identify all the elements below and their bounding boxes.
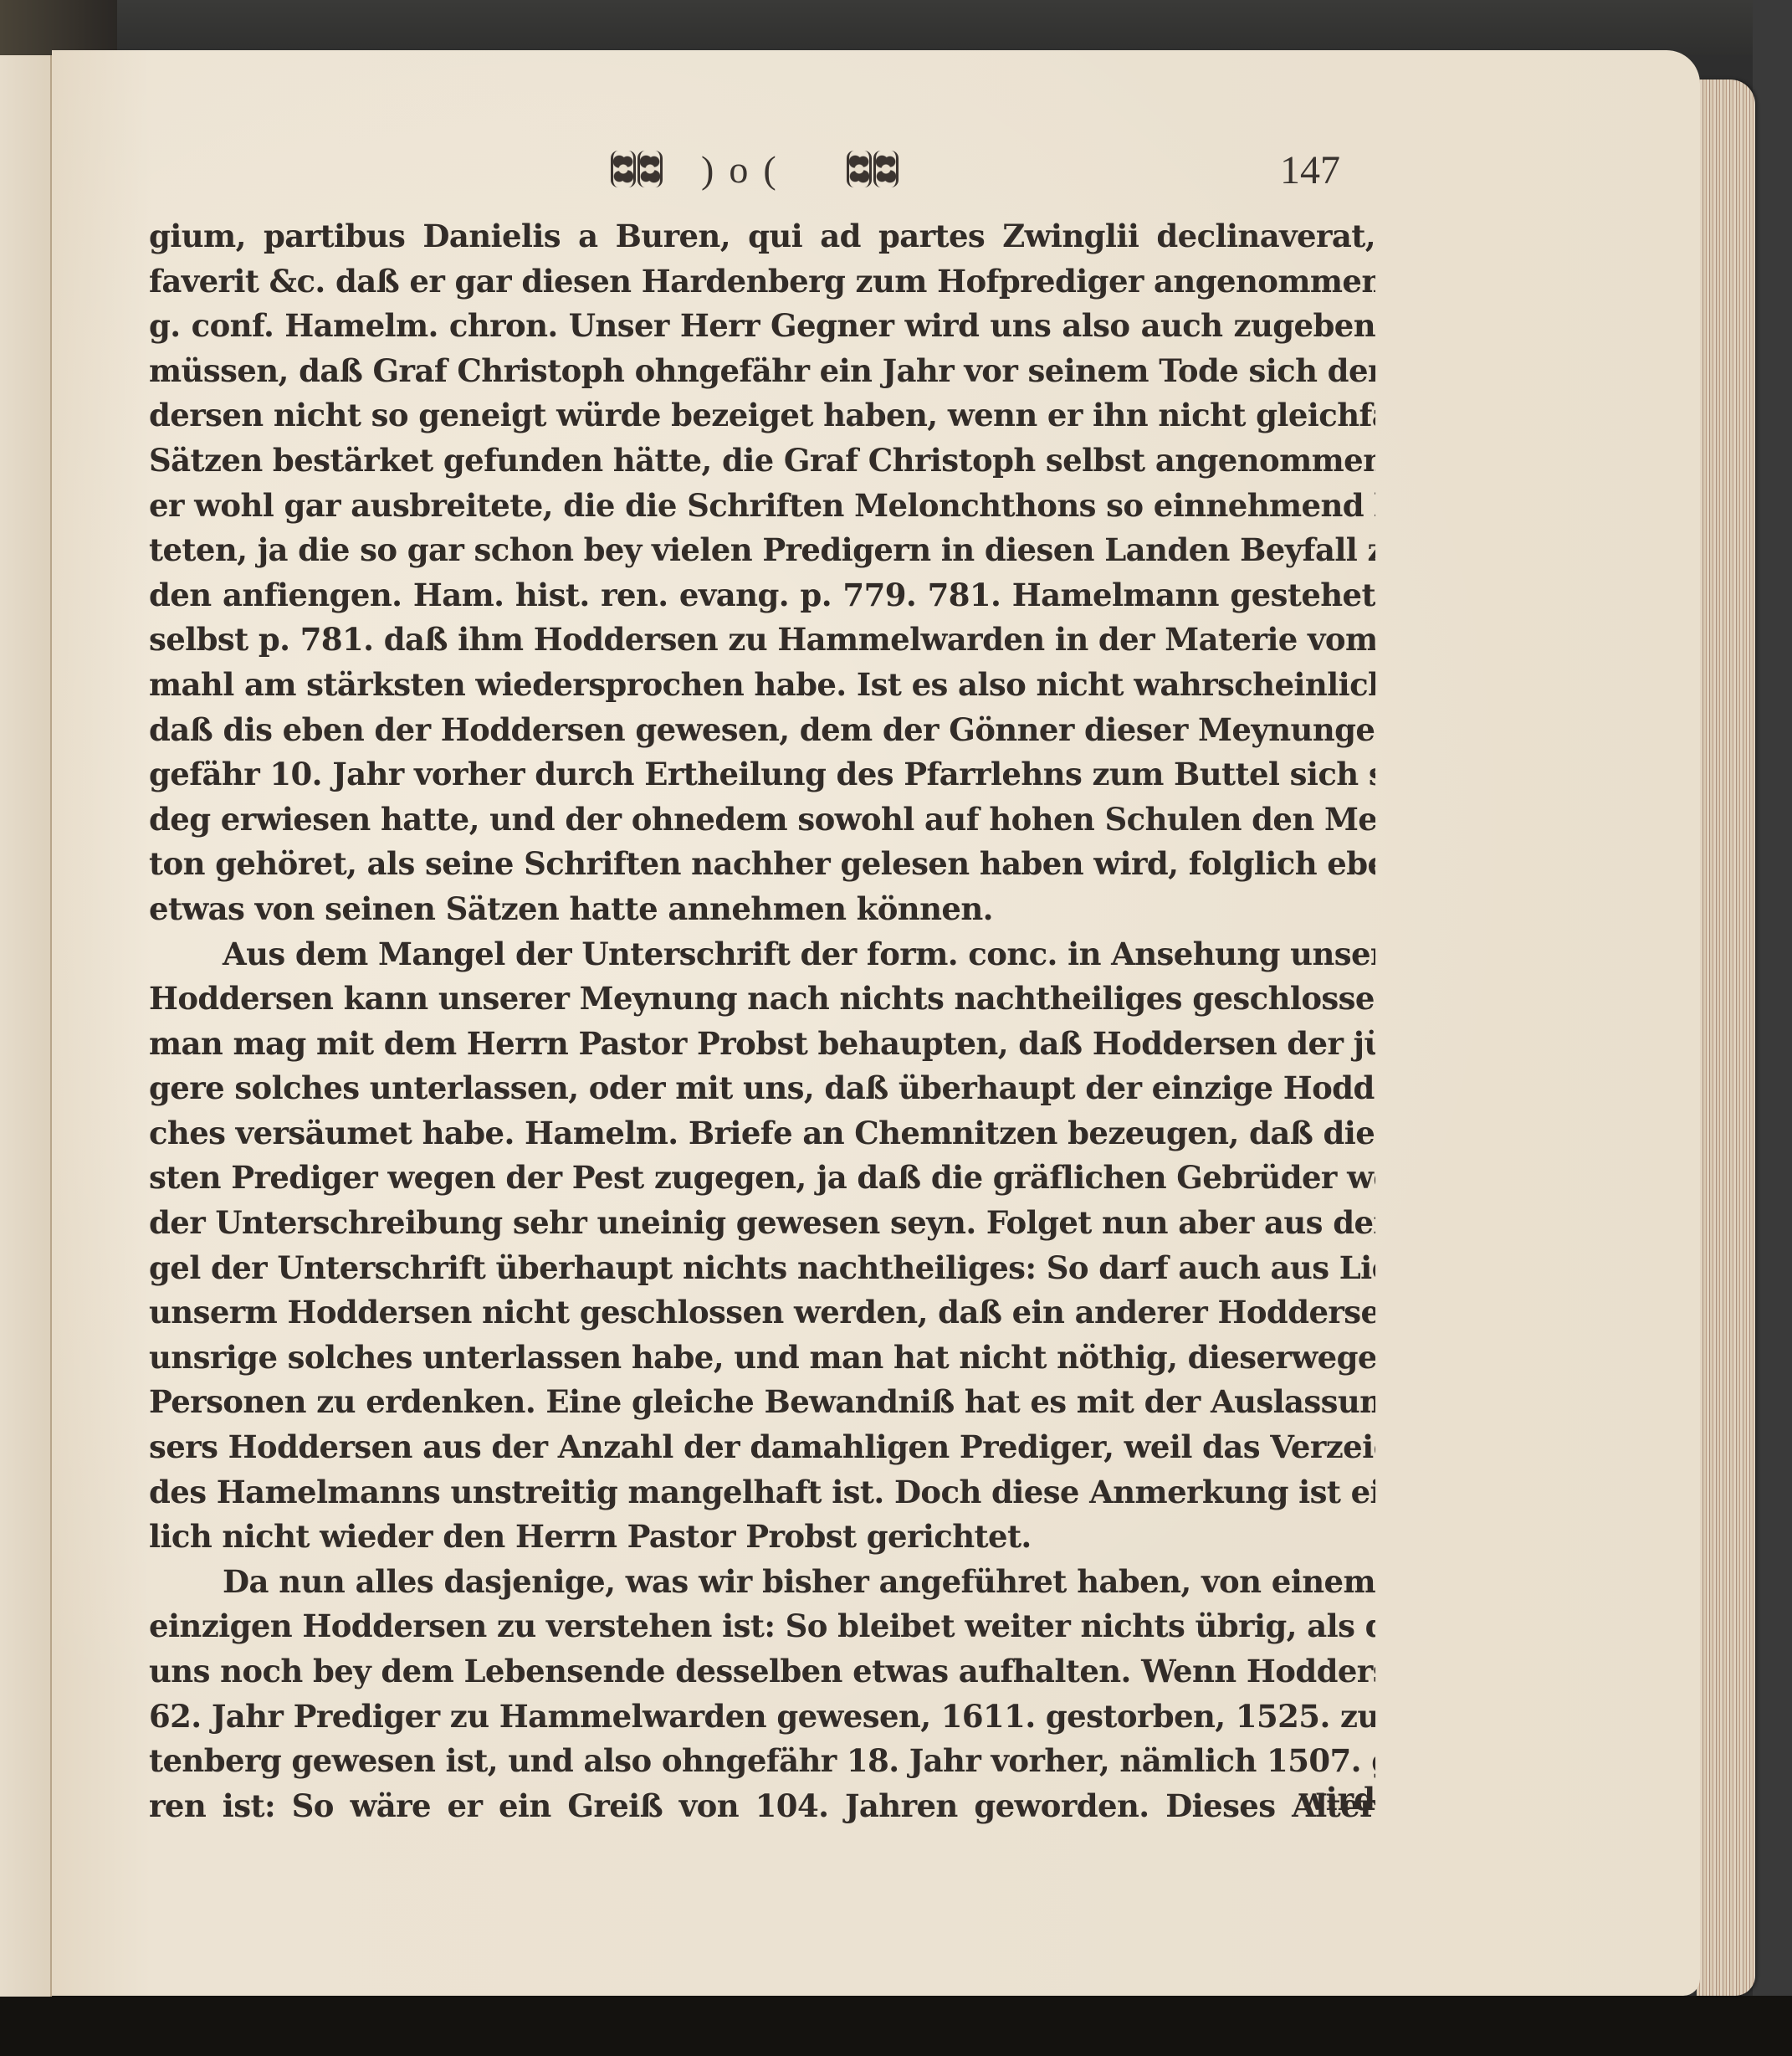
text-line: er wohl gar ausbreitete, die die Schrift… (149, 484, 1375, 529)
text-line: dersen nicht so geneigt würde bezeiget h… (149, 393, 1375, 438)
text-line: sten Prediger wegen der Pest zugegen, ja… (149, 1156, 1375, 1201)
text-line: ren ist: So wäre er ein Greiß von 104. J… (149, 1784, 1375, 1829)
body-text: gium, partibus Danielis a Buren, qui ad … (149, 214, 1375, 1828)
ornament-left-icon (611, 151, 663, 187)
text-line: ton gehöret, als seine Schriften nachher… (149, 842, 1375, 887)
previous-page-edge (0, 55, 52, 1997)
running-header: )o( 147 (149, 141, 1379, 191)
text-line: tenberg gewesen ist, und also ohngefähr … (149, 1739, 1375, 1784)
text-line: g. conf. Hamelm. chron. Unser Herr Gegne… (149, 304, 1375, 349)
page-block-edges (1697, 79, 1755, 1996)
text-line: gere solches unterlassen, oder mit uns, … (149, 1066, 1375, 1111)
text-line: 62. Jahr Prediger zu Hammelwarden gewese… (149, 1695, 1375, 1740)
text-line: gel der Unterschrift überhaupt nichts na… (149, 1246, 1375, 1291)
scan-background-top (0, 0, 1792, 55)
text-line: man mag mit dem Herrn Pastor Probst beha… (149, 1022, 1375, 1067)
text-line: selbst p. 781. daß ihm Hoddersen zu Hamm… (149, 618, 1375, 663)
text-line: lich nicht wieder den Herrn Pastor Probs… (149, 1515, 1375, 1560)
text-line: Hoddersen kann unserer Meynung nach nich… (149, 977, 1375, 1022)
text-line: gium, partibus Danielis a Buren, qui ad … (149, 214, 1375, 259)
scan-background-right (1753, 0, 1792, 2056)
header-mark: )o( (701, 147, 791, 192)
catchword: wird (1288, 1781, 1375, 1818)
paragraph-2: Aus dem Mangel der Unterschrift der form… (149, 932, 1375, 1560)
text-line: der Unterschreibung sehr uneinig gewesen… (149, 1201, 1375, 1246)
text-line: sers Hoddersen aus der Anzahl der damahl… (149, 1425, 1375, 1470)
text-line: des Hamelmanns unstreitig mangelhaft ist… (149, 1470, 1375, 1515)
scan-background-bottom (0, 1996, 1792, 2056)
paragraph-3: Da nun alles dasjenige, was wir bisher a… (149, 1560, 1375, 1829)
text-line: teten, ja die so gar schon bey vielen Pr… (149, 528, 1375, 573)
text-line: faverit &c. daß er gar diesen Hardenberg… (149, 259, 1375, 305)
text-line: ches versäumet habe. Hamelm. Briefe an C… (149, 1111, 1375, 1156)
text-line: daß dis eben der Hoddersen gewesen, dem … (149, 708, 1375, 753)
binding-shadow (0, 0, 117, 55)
text-line: deg erwiesen hatte, und der ohnedem sowo… (149, 797, 1375, 843)
page-number: 147 (1280, 147, 1340, 193)
text-line: mahl am stärksten wiedersprochen habe. I… (149, 663, 1375, 708)
text-line: Da nun alles dasjenige, was wir bisher a… (149, 1560, 1375, 1605)
text-line: Aus dem Mangel der Unterschrift der form… (149, 932, 1375, 977)
text-line: müssen, daß Graf Christoph ohngefähr ein… (149, 349, 1375, 394)
text-line: Sätzen bestärket gefunden hätte, die Gra… (149, 438, 1375, 484)
paragraph-1: gium, partibus Danielis a Buren, qui ad … (149, 214, 1375, 932)
ornament-right-icon (847, 151, 899, 187)
text-line: unsrige solches unterlassen habe, und ma… (149, 1336, 1375, 1381)
text-line: etwas von seinen Sätzen hatte annehmen k… (149, 887, 1375, 932)
text-line: uns noch bey dem Lebensende desselben et… (149, 1649, 1375, 1695)
text-line: gefähr 10. Jahr vorher durch Ertheilung … (149, 752, 1375, 797)
text-line: einzigen Hoddersen zu verstehen ist: So … (149, 1604, 1375, 1649)
text-line: den anfiengen. Ham. hist. ren. evang. p.… (149, 573, 1375, 618)
text-line: unserm Hoddersen nicht geschlossen werde… (149, 1290, 1375, 1336)
text-line: Personen zu erdenken. Eine gleiche Bewan… (149, 1380, 1375, 1425)
